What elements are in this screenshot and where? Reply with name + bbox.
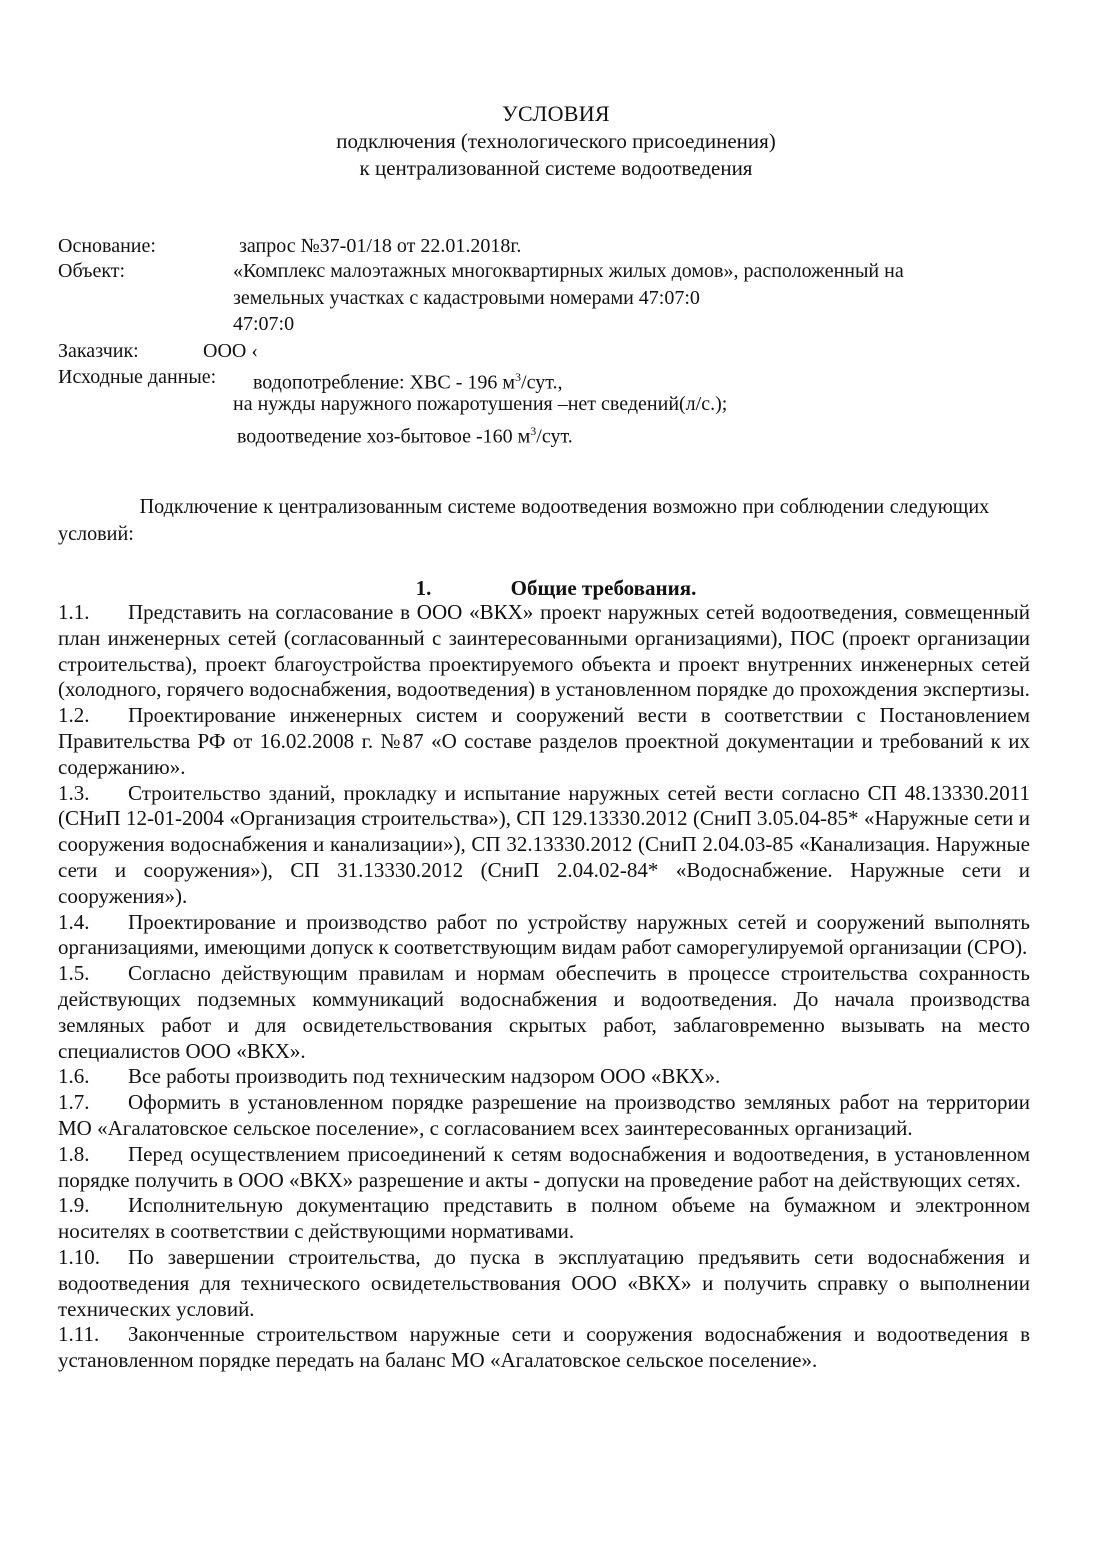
clause-item: 1.3.Строительство зданий, прокладку и ис… [58,781,1030,910]
section-heading: 1.Общие требования. [0,576,1112,601]
clause-number: 1.2. [58,703,128,729]
wastewater-text: водоотведение хоз-бытовое -160 м [237,426,530,448]
clause-number: 1.10. [58,1245,128,1271]
basis-label: Основание: [58,233,156,260]
intro-paragraph: Подключение к централизованным системе в… [58,493,989,547]
clause-text: Оформить в установленном порядке разреше… [58,1090,1030,1140]
source-data-line3: водоотведение хоз-бытовое -160 м3/сут. [237,418,573,451]
clause-item: 1.5.Согласно действующим правилам и норм… [58,961,1030,1064]
clause-item: 1.7.Оформить в установленном порядке раз… [58,1090,1030,1142]
document-subtitle-line1: подключения (технологического присоедине… [0,128,1112,155]
clause-item: 1.11.Законченные строительством наружные… [58,1322,1030,1374]
document-header: УСЛОВИЯ подключения (технологического пр… [0,100,1112,182]
clause-number: 1.9. [58,1193,128,1219]
clause-number: 1.5. [58,961,128,987]
clause-item: 1.10.По завершении строительства, до пус… [58,1245,1030,1322]
object-line2: земельных участках с кадастровыми номера… [233,285,700,312]
document-subtitle-line2: к централизованной системе водоотведения [0,155,1112,182]
clause-text: Исполнительную документацию представить … [58,1193,1030,1243]
basis-value: запрос №37-01/18 от 22.01.2018г. [239,233,521,260]
clause-item: 1.6.Все работы производить под техническ… [58,1064,1030,1090]
clause-number: 1.1. [58,600,128,626]
clause-text: Все работы производить под техническим н… [128,1064,720,1088]
section-title: Общие требования. [511,576,697,600]
section-number: 1. [416,576,511,601]
clause-number: 1.8. [58,1142,128,1168]
clauses-list: 1.1.Представить на согласование в ООО «В… [58,600,1030,1374]
source-data-line2: на нужды наружного пожаротушения –нет св… [233,391,727,418]
customer-value: ООО ‹ [203,338,258,365]
object-line1: «Комплекс малоэтажных многоквартирных жи… [233,258,904,285]
clause-number: 1.7. [58,1090,128,1116]
clause-number: 1.11. [58,1322,128,1348]
clause-text: Согласно действующим правилам и нормам о… [58,961,1030,1062]
document-title: УСЛОВИЯ [0,100,1112,128]
source-data-label: Исходные данные: [58,364,216,391]
clause-item: 1.9.Исполнительную документацию представ… [58,1193,1030,1245]
clause-item: 1.2.Проектирование инженерных систем и с… [58,703,1030,780]
clause-text: Законченные строительством наружные сети… [58,1322,1030,1372]
clause-text: Проектирование и производство работ по у… [58,910,1030,960]
clause-number: 1.6. [58,1064,128,1090]
clause-item: 1.4.Проектирование и производство работ … [58,910,1030,962]
object-label: Объект: [58,258,125,285]
clause-item: 1.1.Представить на согласование в ООО «В… [58,600,1030,703]
unit-suffix: /сут. [536,426,572,448]
clause-text: Представить на согласование в ООО «ВКХ» … [58,600,1030,701]
clause-number: 1.3. [58,781,128,807]
customer-label: Заказчик: [58,338,139,365]
clause-text: Проектирование инженерных систем и соору… [58,703,1030,779]
clause-text: По завершении строительства, до пуска в … [58,1245,1030,1321]
clause-text: Перед осуществлением присоединений к сет… [58,1142,1030,1192]
object-line3: 47:07:0 [233,311,294,338]
clause-number: 1.4. [58,910,128,936]
clause-text: Строительство зданий, прокладку и испыта… [58,781,1030,908]
clause-item: 1.8.Перед осуществлением присоединений к… [58,1142,1030,1194]
